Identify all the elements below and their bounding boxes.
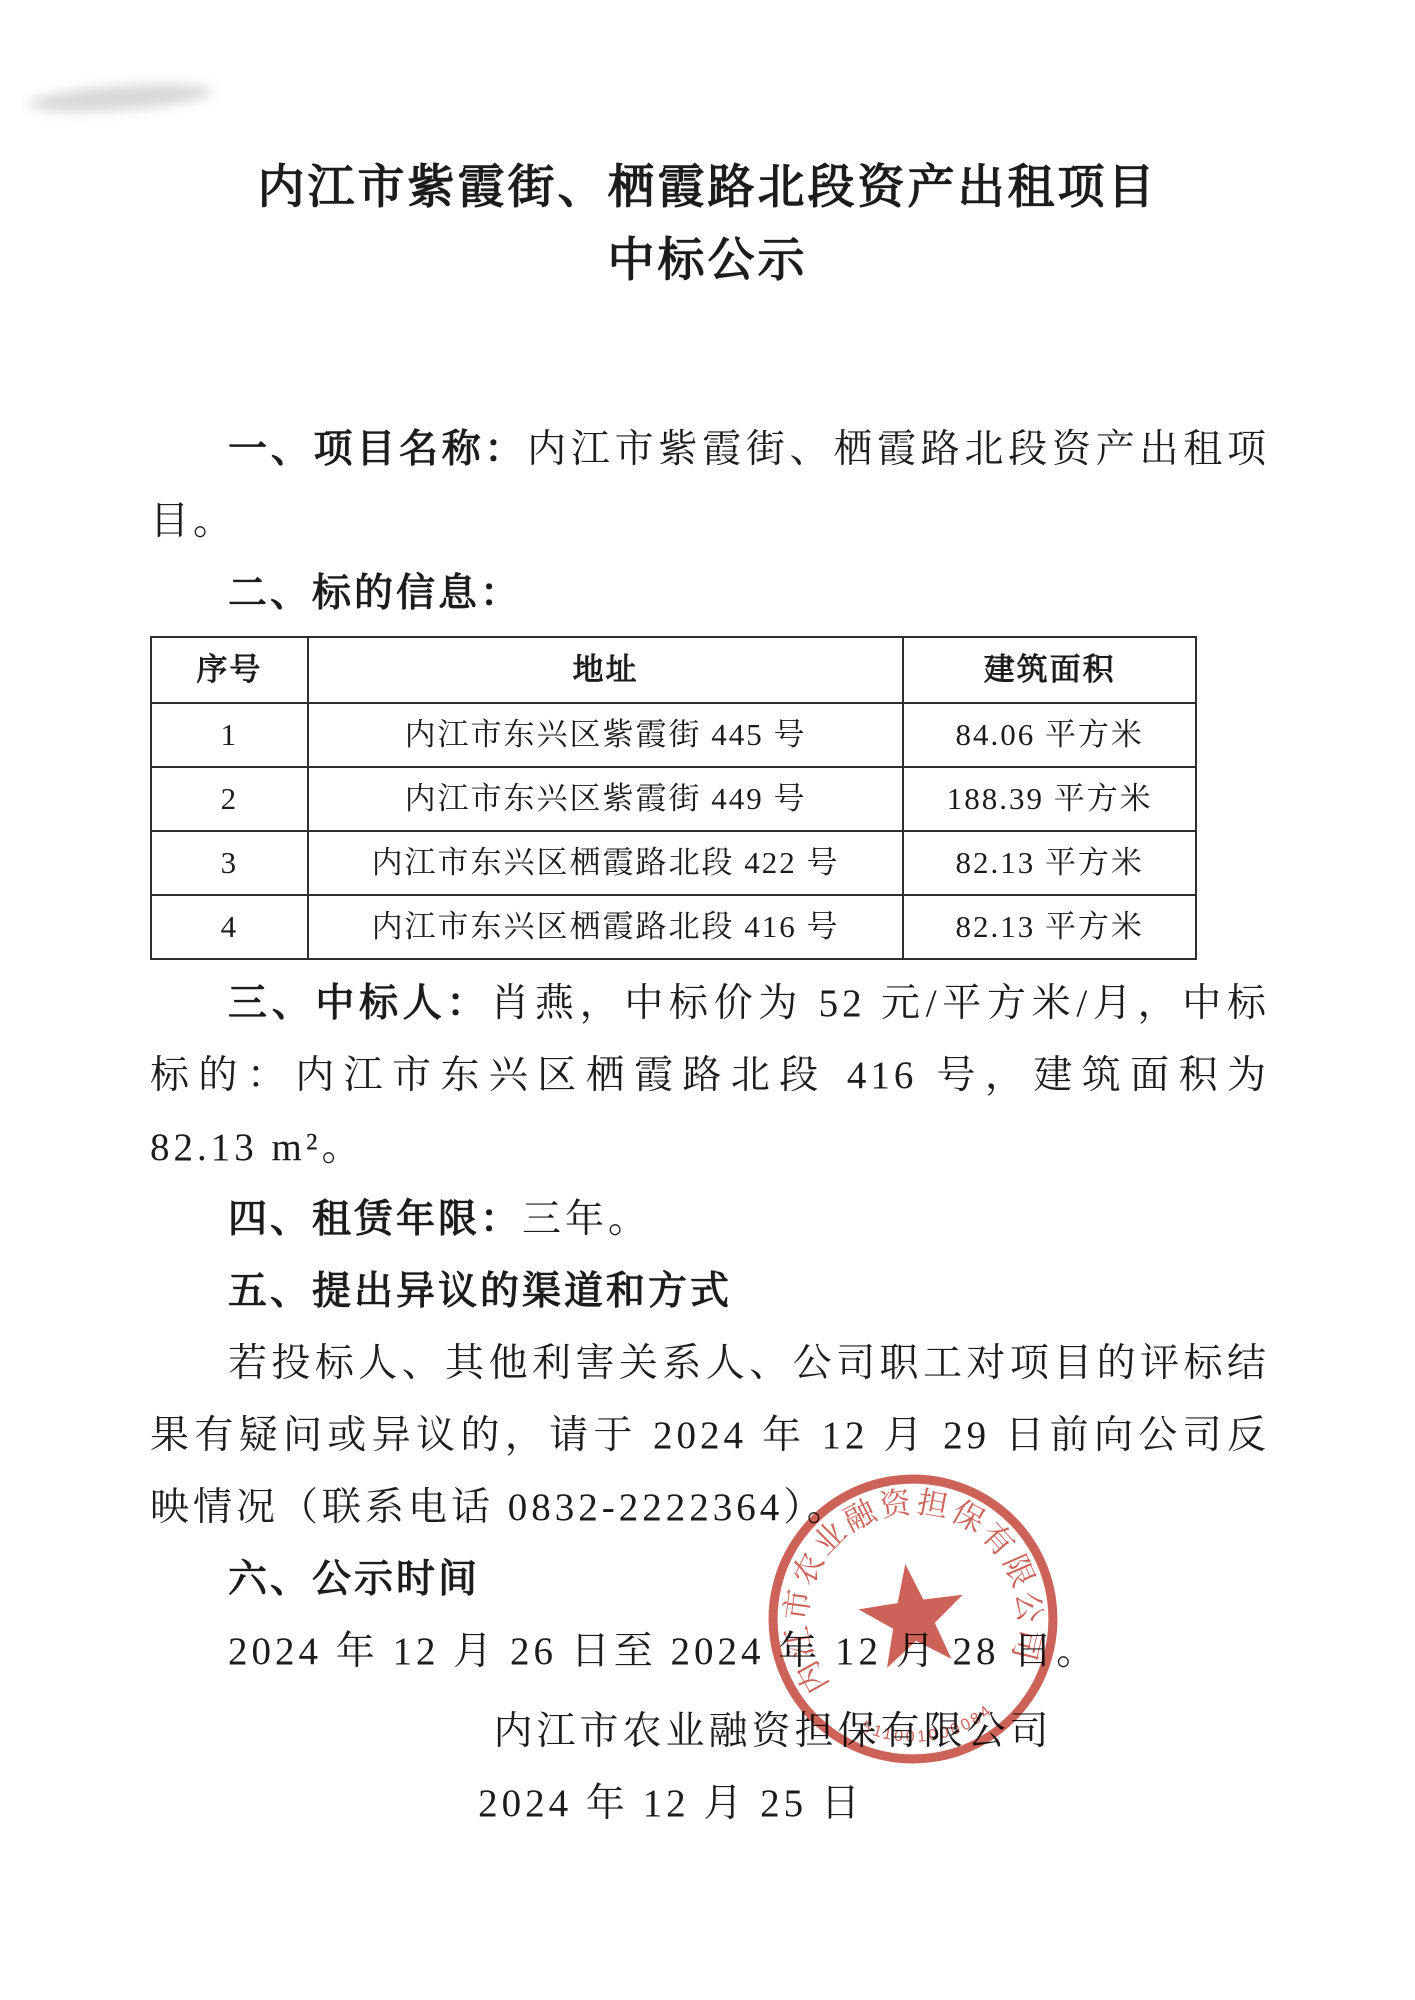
section-project-name: 一、项目名称：内江市紫霞街、栖霞路北段资产出租项目。: [150, 414, 1270, 558]
section-6-label: 六、公示时间: [228, 1558, 480, 1601]
cell-address: 内江市东兴区紫霞街 449 号: [308, 767, 904, 831]
publicity-period: 2024 年 12 月 26 日至 2024 年 12 月 28 日。: [150, 1616, 1270, 1688]
section-2-heading: 二、标的信息：: [150, 558, 1270, 630]
table-row: 1 内江市东兴区紫霞街 445 号 84.06 平方米: [151, 703, 1196, 767]
cell-address: 内江市东兴区紫霞街 445 号: [308, 703, 904, 767]
section-3-label: 三、中标人：: [228, 982, 490, 1025]
document-title: 内江市紫霞街、栖霞路北段资产出租项目 中标公示: [0, 152, 1415, 298]
signature-company: 内江市农业融资担保有限公司: [150, 1696, 1270, 1768]
signature-date: 2024 年 12 月 25 日: [150, 1768, 1270, 1840]
header-area: 建筑面积: [903, 637, 1196, 703]
section-6-heading: 六、公示时间: [150, 1544, 1270, 1616]
section-objection-text: 若投标人、其他利害关系人、公司职工对项目的评标结果有疑问或异议的，请于 2024…: [150, 1328, 1270, 1544]
table-row: 2 内江市东兴区紫霞街 449 号 188.39 平方米: [151, 767, 1196, 831]
document-page: 内江市紫霞街、栖霞路北段资产出租项目 中标公示 一、项目名称：内江市紫霞街、栖霞…: [0, 0, 1415, 2000]
document-body: 一、项目名称：内江市紫霞街、栖霞路北段资产出租项目。 二、标的信息： 序号 地址…: [0, 414, 1415, 1840]
cell-address: 内江市东兴区栖霞路北段 416 号: [308, 895, 904, 959]
cell-seq: 4: [151, 895, 308, 959]
section-5-heading: 五、提出异议的渠道和方式: [150, 1256, 1270, 1328]
title-line-1: 内江市紫霞街、栖霞路北段资产出租项目: [0, 152, 1415, 225]
section-4-label: 四、租赁年限：: [228, 1198, 522, 1241]
section-4-text: 三年。: [522, 1198, 651, 1241]
cell-seq: 1: [151, 703, 308, 767]
title-line-2: 中标公示: [0, 225, 1415, 298]
cell-seq: 3: [151, 831, 308, 895]
section-winner: 三、中标人：肖燕，中标价为 52 元/平方米/月，中标标的：内江市东兴区栖霞路北…: [150, 968, 1270, 1184]
section-5-label: 五、提出异议的渠道和方式: [228, 1270, 732, 1313]
cell-seq: 2: [151, 767, 308, 831]
cell-area: 84.06 平方米: [903, 703, 1196, 767]
cell-area: 82.13 平方米: [903, 831, 1196, 895]
table-row: 4 内江市东兴区栖霞路北段 416 号 82.13 平方米: [151, 895, 1196, 959]
header-seq: 序号: [151, 637, 308, 703]
table-header-row: 序号 地址 建筑面积: [151, 637, 1196, 703]
signature-block: 内江市农业融资担保有限公司 2024 年 12 月 25 日: [150, 1696, 1270, 1840]
bid-table: 序号 地址 建筑面积 1 内江市东兴区紫霞街 445 号 84.06 平方米 2…: [150, 636, 1197, 960]
table-row: 3 内江市东兴区栖霞路北段 422 号 82.13 平方米: [151, 831, 1196, 895]
section-2-label: 二、标的信息：: [228, 572, 522, 615]
cell-address: 内江市东兴区栖霞路北段 422 号: [308, 831, 904, 895]
cell-area: 82.13 平方米: [903, 895, 1196, 959]
section-lease-term: 四、租赁年限：三年。: [150, 1184, 1270, 1256]
cell-area: 188.39 平方米: [903, 767, 1196, 831]
section-1-label: 一、项目名称：: [228, 428, 527, 471]
header-address: 地址: [308, 637, 904, 703]
scan-smudge-artifact: [27, 80, 213, 117]
